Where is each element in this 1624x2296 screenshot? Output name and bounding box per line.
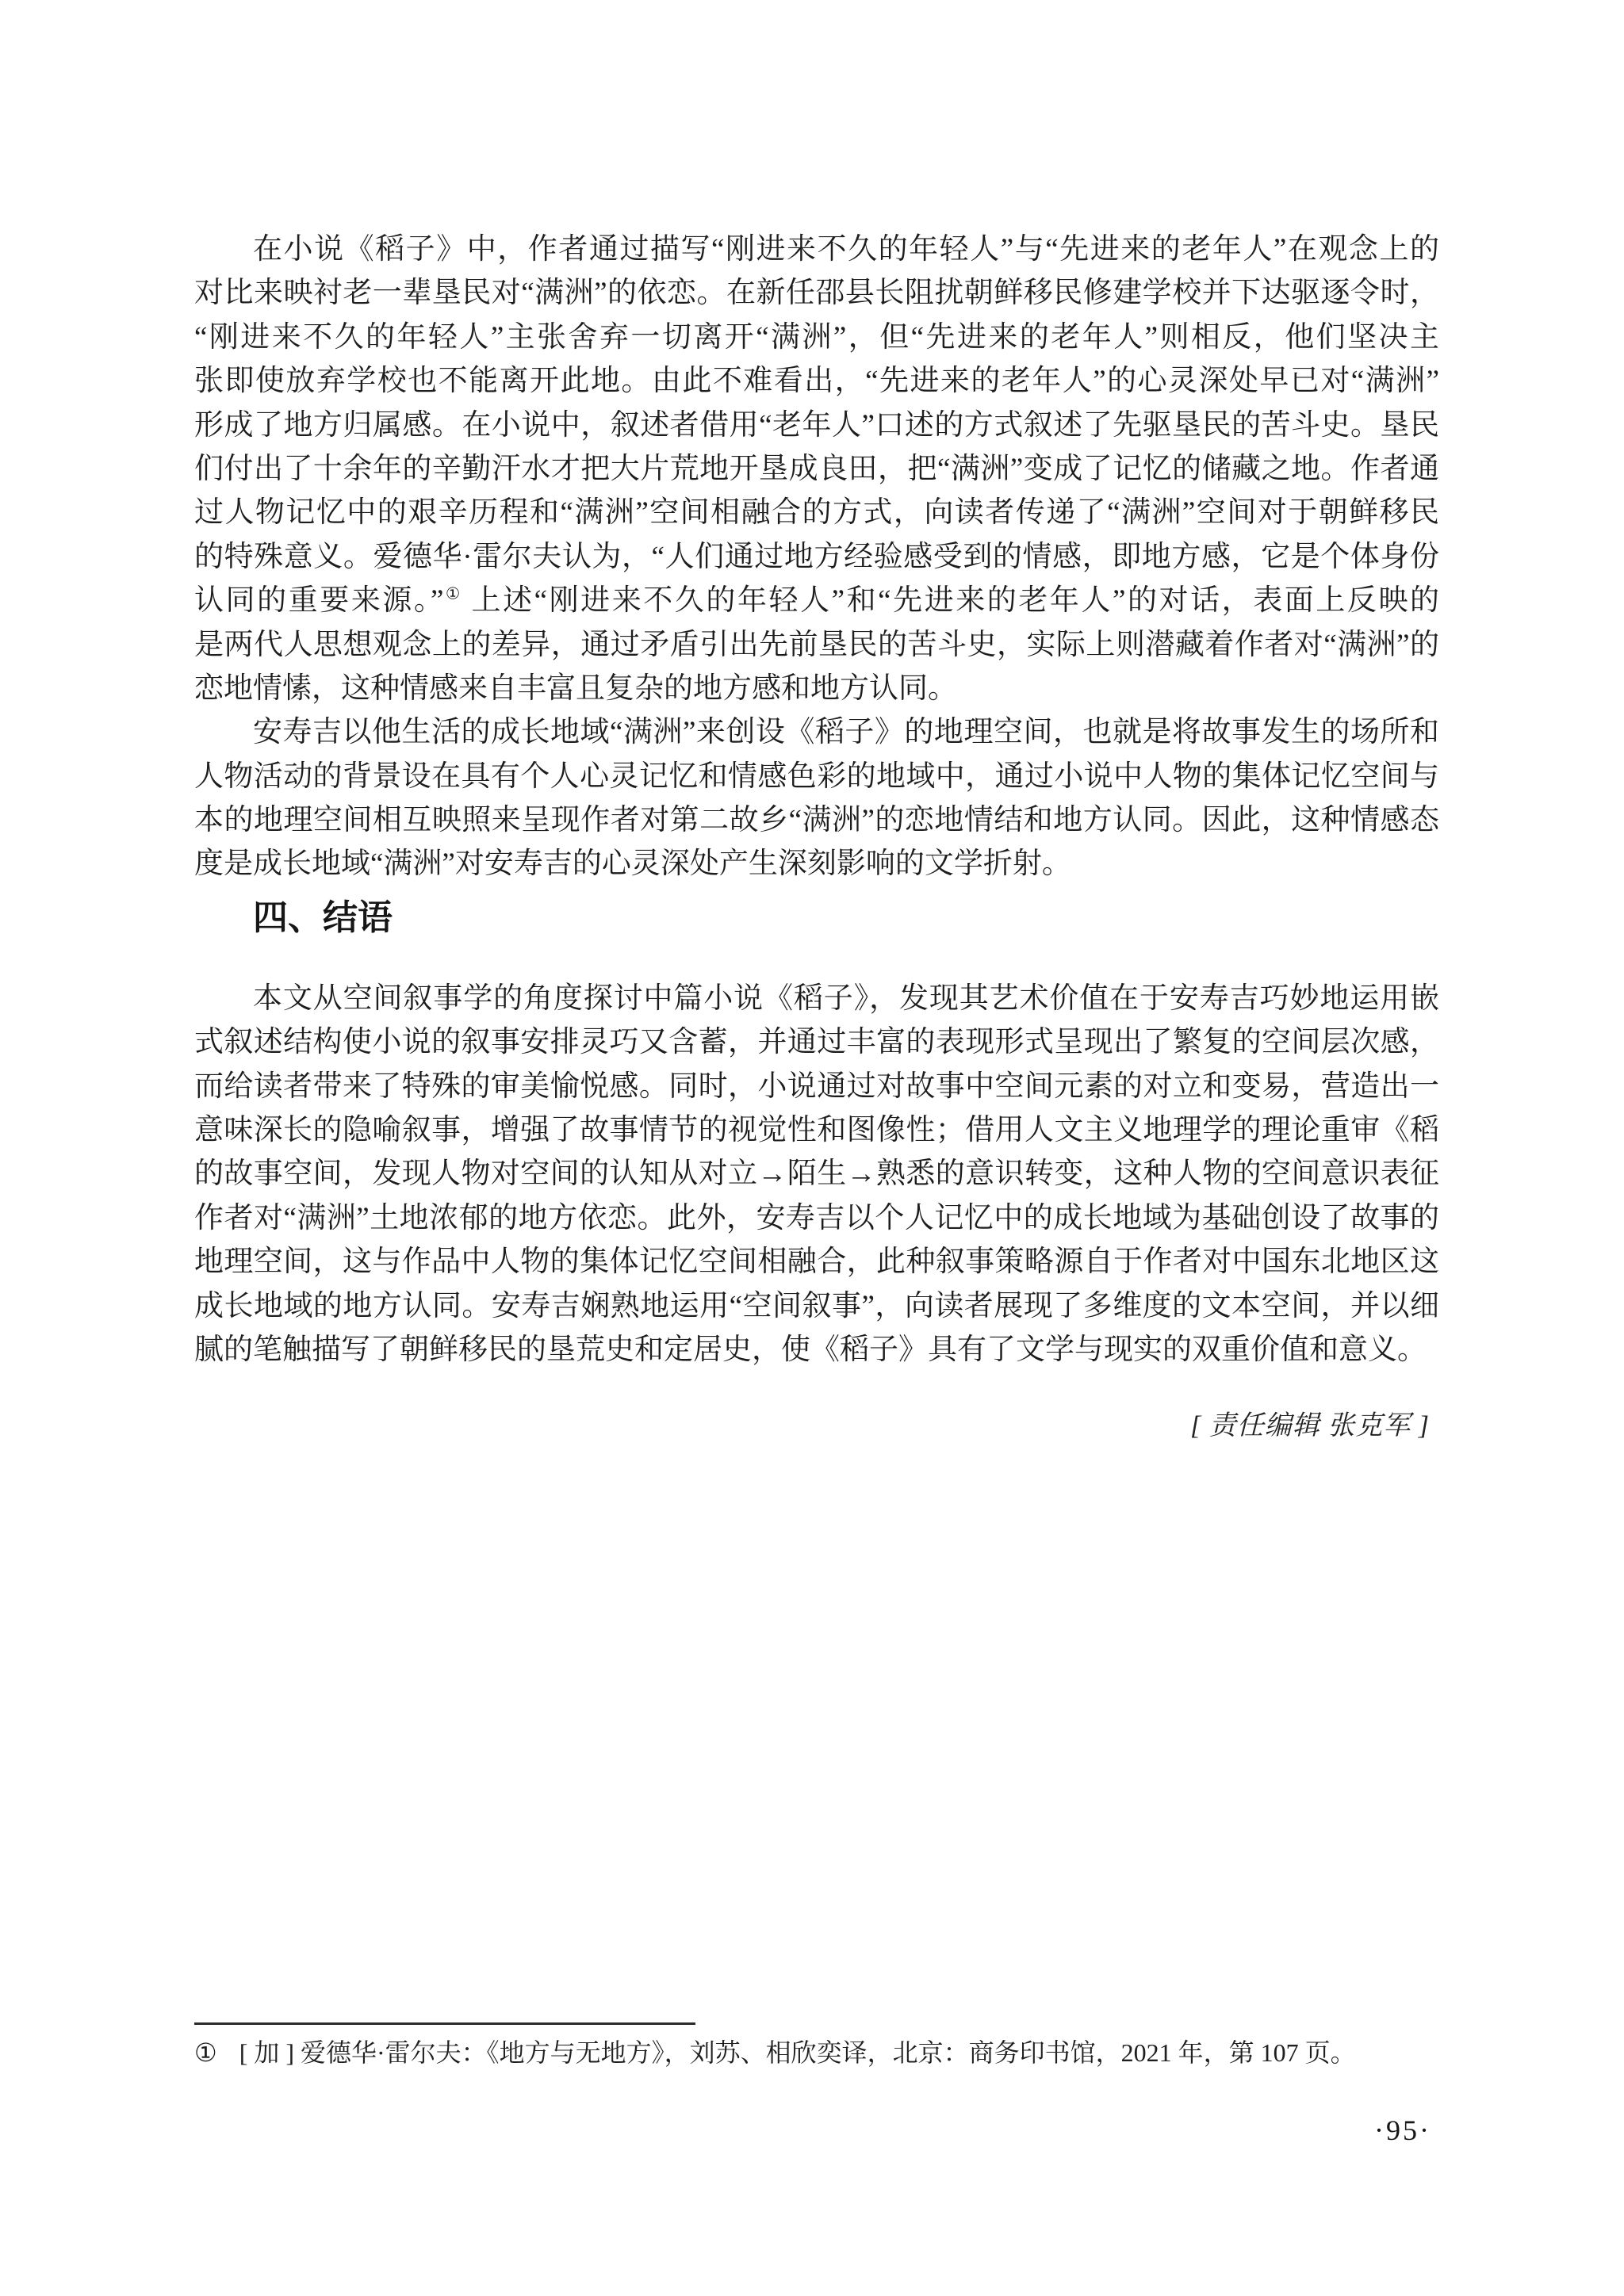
- body-line: 度是成长地域“满洲”对安寿吉的心灵深处产生深刻影响的文学折射。: [194, 842, 1439, 886]
- body-line: 意味深长的隐喻叙事，增强了故事情节的视觉性和图像性；借用人文主义地理学的理论重审…: [194, 1108, 1439, 1152]
- body-line: 而给读者带来了特殊的审美愉悦感。同时，小说通过对故事中空间元素的对立和变易，营造…: [194, 1065, 1439, 1108]
- editor-credit: [ 责任编辑 张克军 ]: [194, 1408, 1430, 1445]
- body-line: 对比来映衬老一辈垦民对“满洲”的依恋。在新任邵县长阻扰朝鲜移民修建学校并下达驱逐…: [194, 271, 1439, 315]
- body-line: 人物活动的背景设在具有个人心灵记忆和情感色彩的地域中，通过小说中人物的集体记忆空…: [194, 755, 1439, 798]
- body-line: 形成了地方归属感。在小说中，叙述者借用“老年人”口述的方式叙述了先驱垦民的苦斗史…: [194, 404, 1439, 447]
- body-line: 腻的笔触描写了朝鲜移民的垦荒史和定居史，使《稻子》具有了文学与现实的双重价值和意…: [194, 1328, 1439, 1372]
- body-line: 们付出了十余年的辛勤汗水才把大片荒地开垦成良田，把“满洲”变成了记忆的储藏之地。…: [194, 447, 1439, 491]
- body-line: 式叙述结构使小说的叙事安排灵巧又含蓄，并通过丰富的表现形式呈现出了繁复的空间层次…: [194, 1020, 1439, 1064]
- body-line: 作者对“满洲”土地浓郁的地方依恋。此外，安寿吉以个人记忆中的成长地域为基础创设了…: [194, 1196, 1439, 1240]
- article-body: 在小说《稻子》中，作者通过描写“刚进来不久的年轻人”与“先进来的老年人”在观念上…: [194, 228, 1439, 1372]
- body-line: 是两代人思想观念上的差异，通过矛盾引出先前垦民的苦斗史，实际上则潜藏着作者对“满…: [194, 623, 1439, 667]
- body-line: 在小说《稻子》中，作者通过描写“刚进来不久的年轻人”与“先进来的老年人”在观念上…: [194, 228, 1439, 271]
- body-line: 认同的重要来源。”① 上述“刚进来不久的年轻人”和“先进来的老年人”的对话，表面…: [194, 579, 1439, 622]
- body-line: 安寿吉以他生活的成长地域“满洲”来创设《稻子》的地理空间，也就是将故事发生的场所…: [194, 710, 1439, 754]
- body-line: 本文从空间叙事学的角度探讨中篇小说《稻子》，发现其艺术价值在于安寿吉巧妙地运用嵌…: [194, 977, 1439, 1020]
- body-line: 恋地情愫，这种情感来自丰富且复杂的地方感和地方认同。: [194, 667, 1439, 710]
- body-line: 过人物记忆中的艰辛历程和“满洲”空间相融合的方式，向读者传递了“满洲”空间对于朝…: [194, 491, 1439, 534]
- body-line: 地理空间，这与作品中人物的集体记忆空间相融合，此种叙事策略源自于作者对中国东北地…: [194, 1240, 1439, 1284]
- body-line: 的特殊意义。爱德华·雷尔夫认为，“人们通过地方经验感受到的情感，即地方感，它是个…: [194, 535, 1439, 579]
- body-line: 成长地域的地方认同。安寿吉娴熟地运用“空间叙事”，向读者展现了多维度的文本空间，…: [194, 1284, 1439, 1328]
- footnote-divider: [194, 2022, 695, 2025]
- body-line: 张即使放弃学校也不能离开此地。由此不难看出，“先进来的老年人”的心灵深处早已对“…: [194, 359, 1439, 403]
- section-heading: 四、结语: [194, 897, 1439, 939]
- footnote-text: [ 加 ] 爱德华·雷尔夫：《地方与无地方》，刘苏、相欣奕译，北京：商务印书馆，…: [239, 2034, 1439, 2071]
- journal-page: 在小说《稻子》中，作者通过描写“刚进来不久的年轻人”与“先进来的老年人”在观念上…: [0, 0, 1624, 2296]
- body-line: 的故事空间，发现人物对空间的认知从对立→陌生→熟悉的意识转变，这种人物的空间意识…: [194, 1152, 1439, 1196]
- footnote: ① [ 加 ] 爱德华·雷尔夫：《地方与无地方》，刘苏、相欣奕译，北京：商务印书…: [194, 2034, 1439, 2071]
- body-line: 本的地理空间相互映照来呈现作者对第二故乡“满洲”的恋地情结和地方认同。因此，这种…: [194, 798, 1439, 842]
- body-line: “刚进来不久的年轻人”主张舍弃一切离开“满洲”，但“先进来的老年人”则相反，他们…: [194, 316, 1439, 359]
- page-number: ·95·: [194, 2112, 1431, 2149]
- footnote-marker: ①: [194, 2034, 217, 2071]
